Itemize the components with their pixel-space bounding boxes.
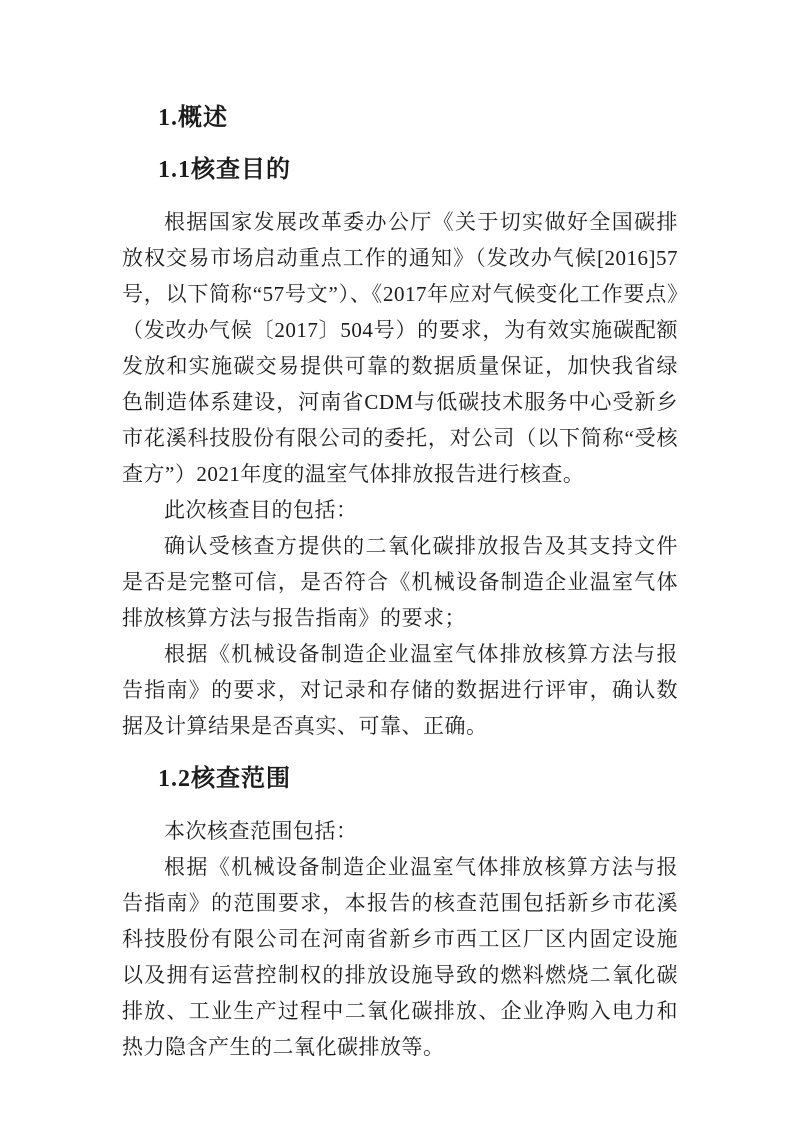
heading-verification-purpose: 1.1核查目的 [122, 155, 678, 185]
paragraph-purpose-basis: 根据国家发展改革委办公厅《关于切实做好全国碳排放权交易市场启动重点工作的通知》（… [122, 204, 678, 492]
paragraph-purpose-item-completeness: 确认受核查方提供的二氧化碳排放报告及其支持文件是否是完整可信，是否符合《机械设备… [122, 528, 678, 636]
heading-overview: 1.概述 [122, 103, 678, 133]
heading-verification-scope: 1.2核查范围 [122, 764, 678, 794]
paragraph-purpose-intro: 此次核查目的包括： [122, 492, 678, 528]
paragraph-scope-detail: 根据《机械设备制造企业温室气体排放核算方法与报告指南》的范围要求，本报告的核查范… [122, 849, 678, 1065]
paragraph-purpose-item-accuracy: 根据《机械设备制造企业温室气体排放核算方法与报告指南》的要求，对记录和存储的数据… [122, 636, 678, 744]
document-content: 1.概述 1.1核查目的 根据国家发展改革委办公厅《关于切实做好全国碳排放权交易… [122, 103, 678, 1065]
document-page: 1.概述 1.1核查目的 根据国家发展改革委办公厅《关于切实做好全国碳排放权交易… [0, 0, 800, 1131]
paragraph-scope-intro: 本次核查范围包括： [122, 813, 678, 849]
